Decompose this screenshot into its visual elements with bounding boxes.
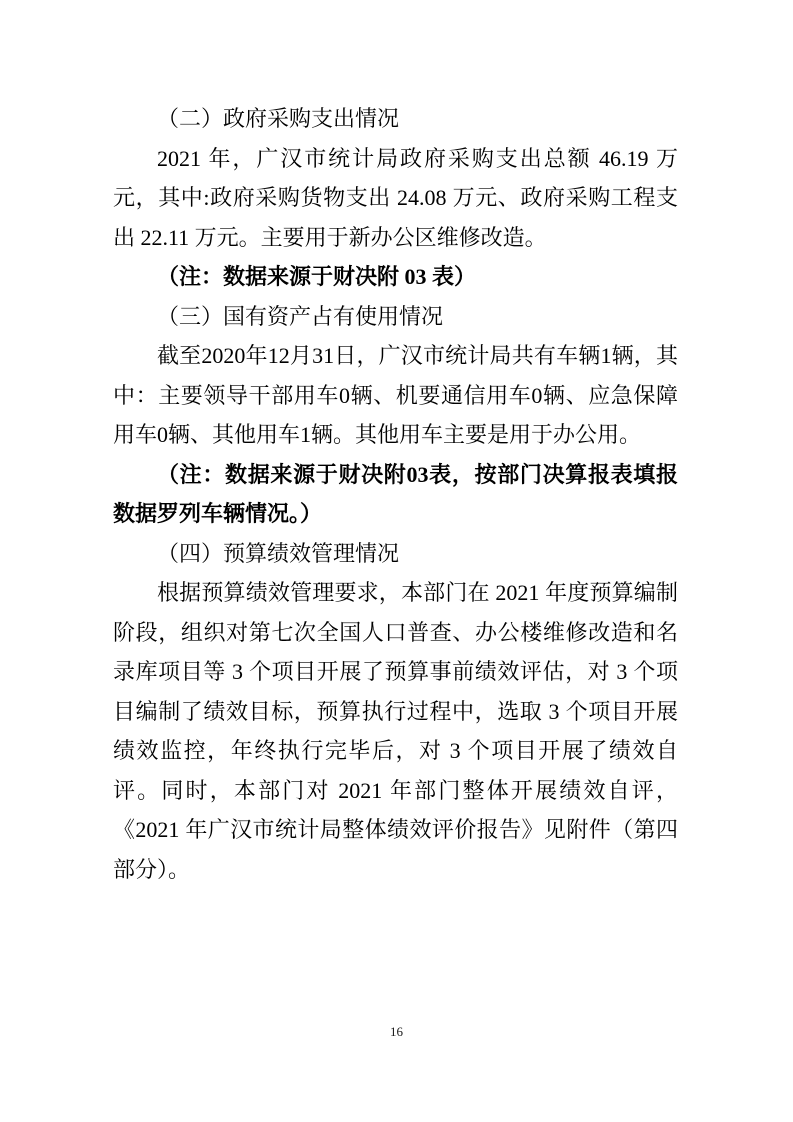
section-paragraph-procurement: 2021 年，广汉市统计局政府采购支出总额 46.19 万元，其中:政府采购货物…: [113, 139, 678, 258]
section-note-state-assets: （注：数据来源于财决附03表，按部门决算报表填报数据罗列车辆情况。）: [113, 455, 678, 534]
section-paragraph-state-assets: 截至2020年12月31日，广汉市统计局共有车辆1辆，其中：主要领导干部用车0辆…: [113, 336, 678, 455]
document-page: （二）政府采购支出情况 2021 年，广汉市统计局政府采购支出总额 46.19 …: [0, 0, 793, 1122]
section-heading-budget-performance: （四）预算绩效管理情况: [113, 534, 678, 574]
document-content: （二）政府采购支出情况 2021 年，广汉市统计局政府采购支出总额 46.19 …: [113, 99, 678, 889]
page-footer: 16: [0, 1024, 793, 1040]
page-number: 16: [390, 1024, 403, 1039]
section-heading-state-assets: （三）国有资产占有使用情况: [113, 297, 678, 337]
section-heading-procurement: （二）政府采购支出情况: [113, 99, 678, 139]
section-note-procurement: （注：数据来源于财决附 03 表）: [113, 257, 678, 297]
section-paragraph-budget-performance: 根据预算绩效管理要求，本部门在 2021 年度预算编制阶段，组织对第七次全国人口…: [113, 573, 678, 889]
